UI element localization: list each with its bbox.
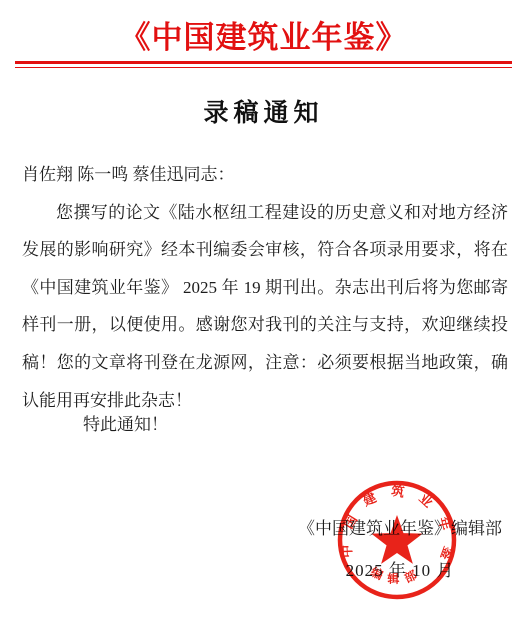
signature-date: 2025 年 10 月 [270, 556, 527, 581]
acceptance-notice-letter: 《中国建筑业年鉴》 录稿通知 肖佐翔 陈一鸣 蔡佳迅同志： 您撰写的论文《陆水枢… [0, 0, 527, 620]
masthead-rule-thin [15, 67, 512, 68]
signature-department: 《中国建筑业年鉴》编辑部 [270, 514, 527, 539]
closing-line: 特此通知！ [83, 406, 168, 444]
signature-block: 《中国建筑业年鉴》编辑部 2025 年 10 月 [270, 514, 527, 581]
journal-masthead-title: 《中国建筑业年鉴》 [0, 12, 527, 57]
masthead-rule-thick [15, 61, 512, 64]
letter-body: 肖佐翔 陈一鸣 蔡佳迅同志： 您撰写的论文《陆水枢纽工程建设的历史意义和对地方经… [22, 156, 508, 419]
notice-heading: 录稿通知 [0, 93, 527, 129]
body-paragraph: 您撰写的论文《陆水枢纽工程建设的历史意义和对地方经济发展的影响研究》经本刊编委会… [22, 194, 508, 420]
salutation-line: 肖佐翔 陈一鸣 蔡佳迅同志： [22, 156, 508, 194]
